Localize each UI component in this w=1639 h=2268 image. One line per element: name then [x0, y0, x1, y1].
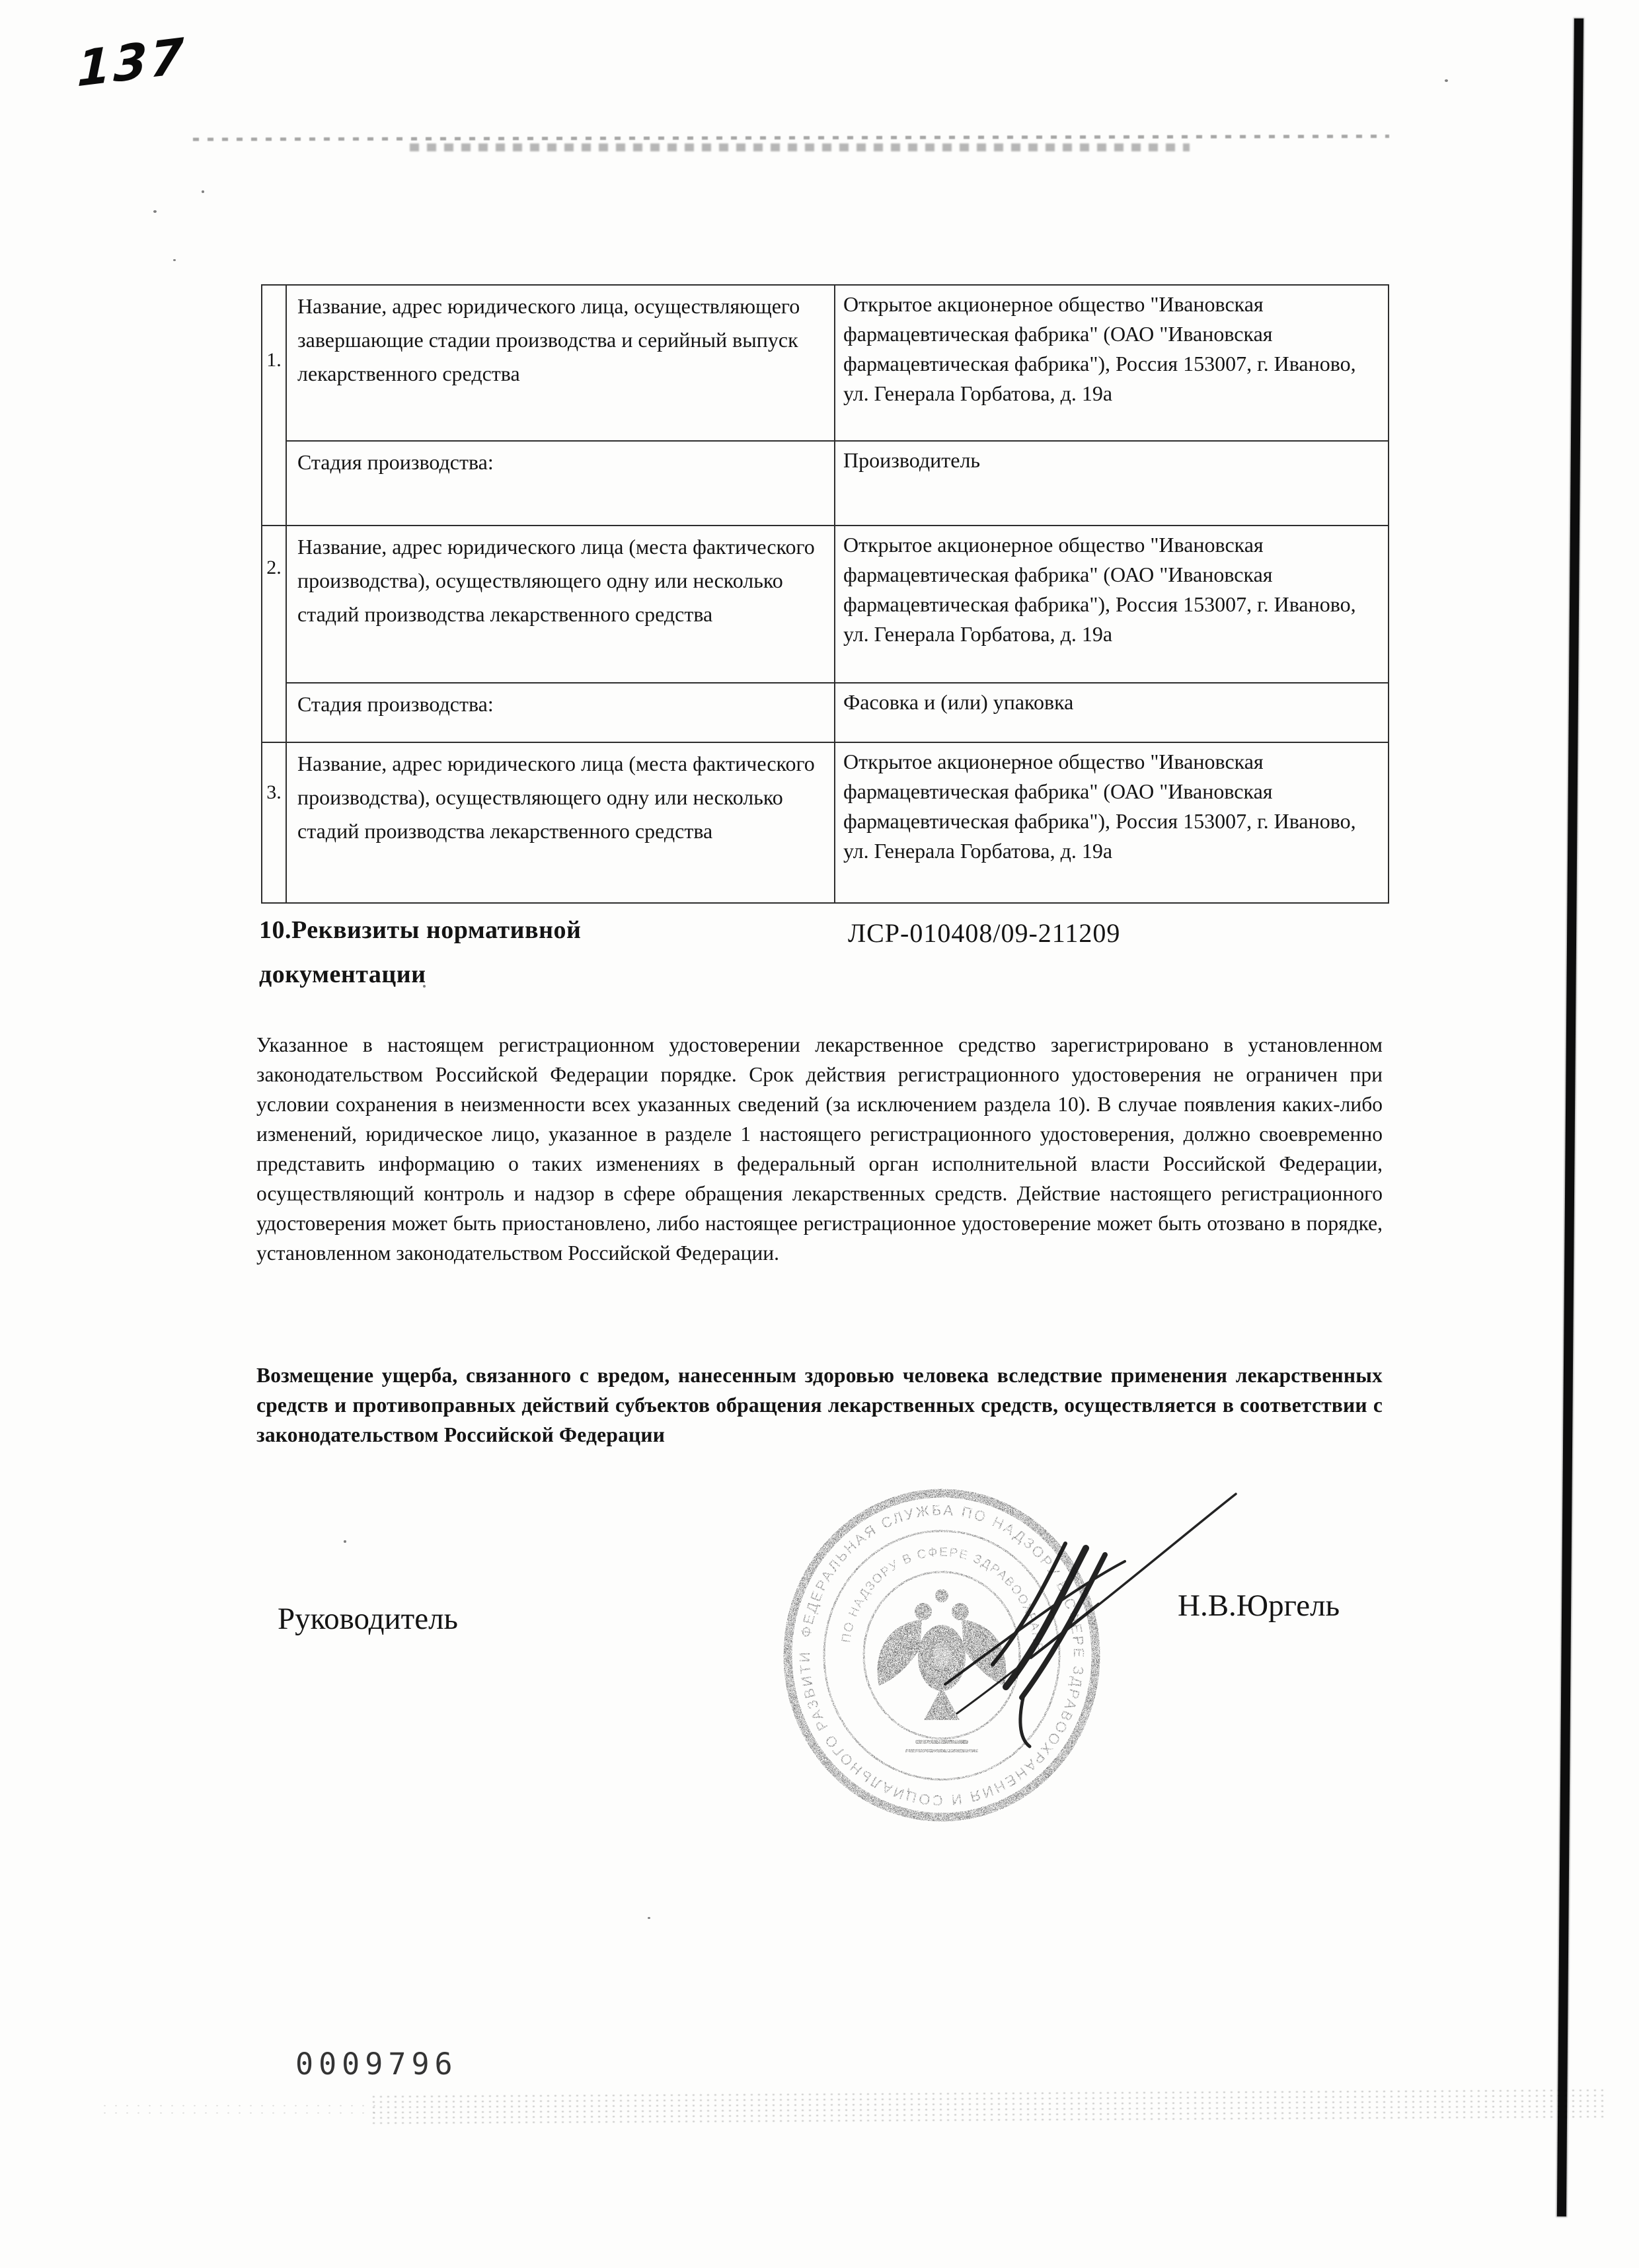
row-number: 3.	[262, 743, 286, 804]
registration-terms-paragraph: Указанное в настоящем регистрационном уд…	[256, 1030, 1383, 1268]
row-label-cell: Название, адрес юридического лица (места…	[286, 742, 835, 903]
scan-speck	[648, 1917, 650, 1919]
signature-stroke	[945, 1561, 1125, 1684]
pen-signature	[925, 1474, 1269, 1765]
scan-speck	[344, 1540, 346, 1543]
form-serial-number: 0009796	[295, 2047, 458, 2082]
row-number-cell: 2.	[262, 526, 286, 742]
table-row: 3. Название, адрес юридического лица (ме…	[262, 742, 1389, 903]
scan-speck	[1445, 79, 1448, 82]
scan-speck	[202, 190, 204, 193]
row-number-cell: 1.	[262, 285, 286, 526]
section-10-title: 10.Реквизиты нормативной документации	[259, 908, 662, 997]
stage-label-cell: Стадия производства:	[286, 441, 835, 526]
row-label-cell: Название, адрес юридического лица (места…	[286, 526, 835, 683]
scan-speck	[153, 210, 157, 213]
liability-paragraph: Возмещение ущерба, связанного с вредом, …	[256, 1360, 1383, 1450]
scan-noise-streak-top-dark	[410, 143, 1190, 151]
manufacturer-table: 1. Название, адрес юридического лица, ос…	[261, 284, 1389, 904]
scan-noise-streak-top	[193, 135, 1389, 141]
handwritten-page-number: 137	[77, 27, 187, 98]
row-value-cell: Открытое акционерное общество "Ивановска…	[835, 526, 1389, 683]
row-number-cell: 3.	[262, 742, 286, 903]
stage-value-cell: Фасовка и (или) упаковка	[835, 683, 1389, 742]
stage-value-cell: Производитель	[835, 441, 1389, 526]
table-row: 2. Название, адрес юридического лица (ме…	[262, 526, 1389, 683]
row-number: 2.	[262, 526, 286, 579]
table-row: Стадия производства: Фасовка и (или) упа…	[262, 683, 1389, 742]
scan-artifact-line	[1557, 19, 1583, 2216]
stage-label-cell: Стадия производства:	[286, 683, 835, 742]
signatory-role: Руководитель	[278, 1601, 458, 1637]
signature-stroke	[1020, 1692, 1030, 1746]
scan-speck	[173, 259, 176, 261]
scan-noise-streak-bottom-left	[99, 2102, 377, 2118]
table-row: 1. Название, адрес юридического лица, ос…	[262, 285, 1389, 441]
scanned-document-page: 137 1. Название, адрес юридического лица…	[0, 0, 1639, 2268]
signature-stroke	[1022, 1555, 1105, 1698]
registration-number: ЛСР-010408/09-211209	[848, 918, 1120, 949]
row-value-cell: Открытое акционерное общество "Ивановска…	[835, 285, 1389, 441]
row-label-cell: Название, адрес юридического лица, осуще…	[286, 285, 835, 441]
row-value-cell: Открытое акционерное общество "Ивановска…	[835, 742, 1389, 903]
scan-noise-streak-bottom	[370, 2088, 1606, 2126]
row-number: 1.	[262, 286, 286, 371]
table-row: Стадия производства: Производитель	[262, 441, 1389, 526]
